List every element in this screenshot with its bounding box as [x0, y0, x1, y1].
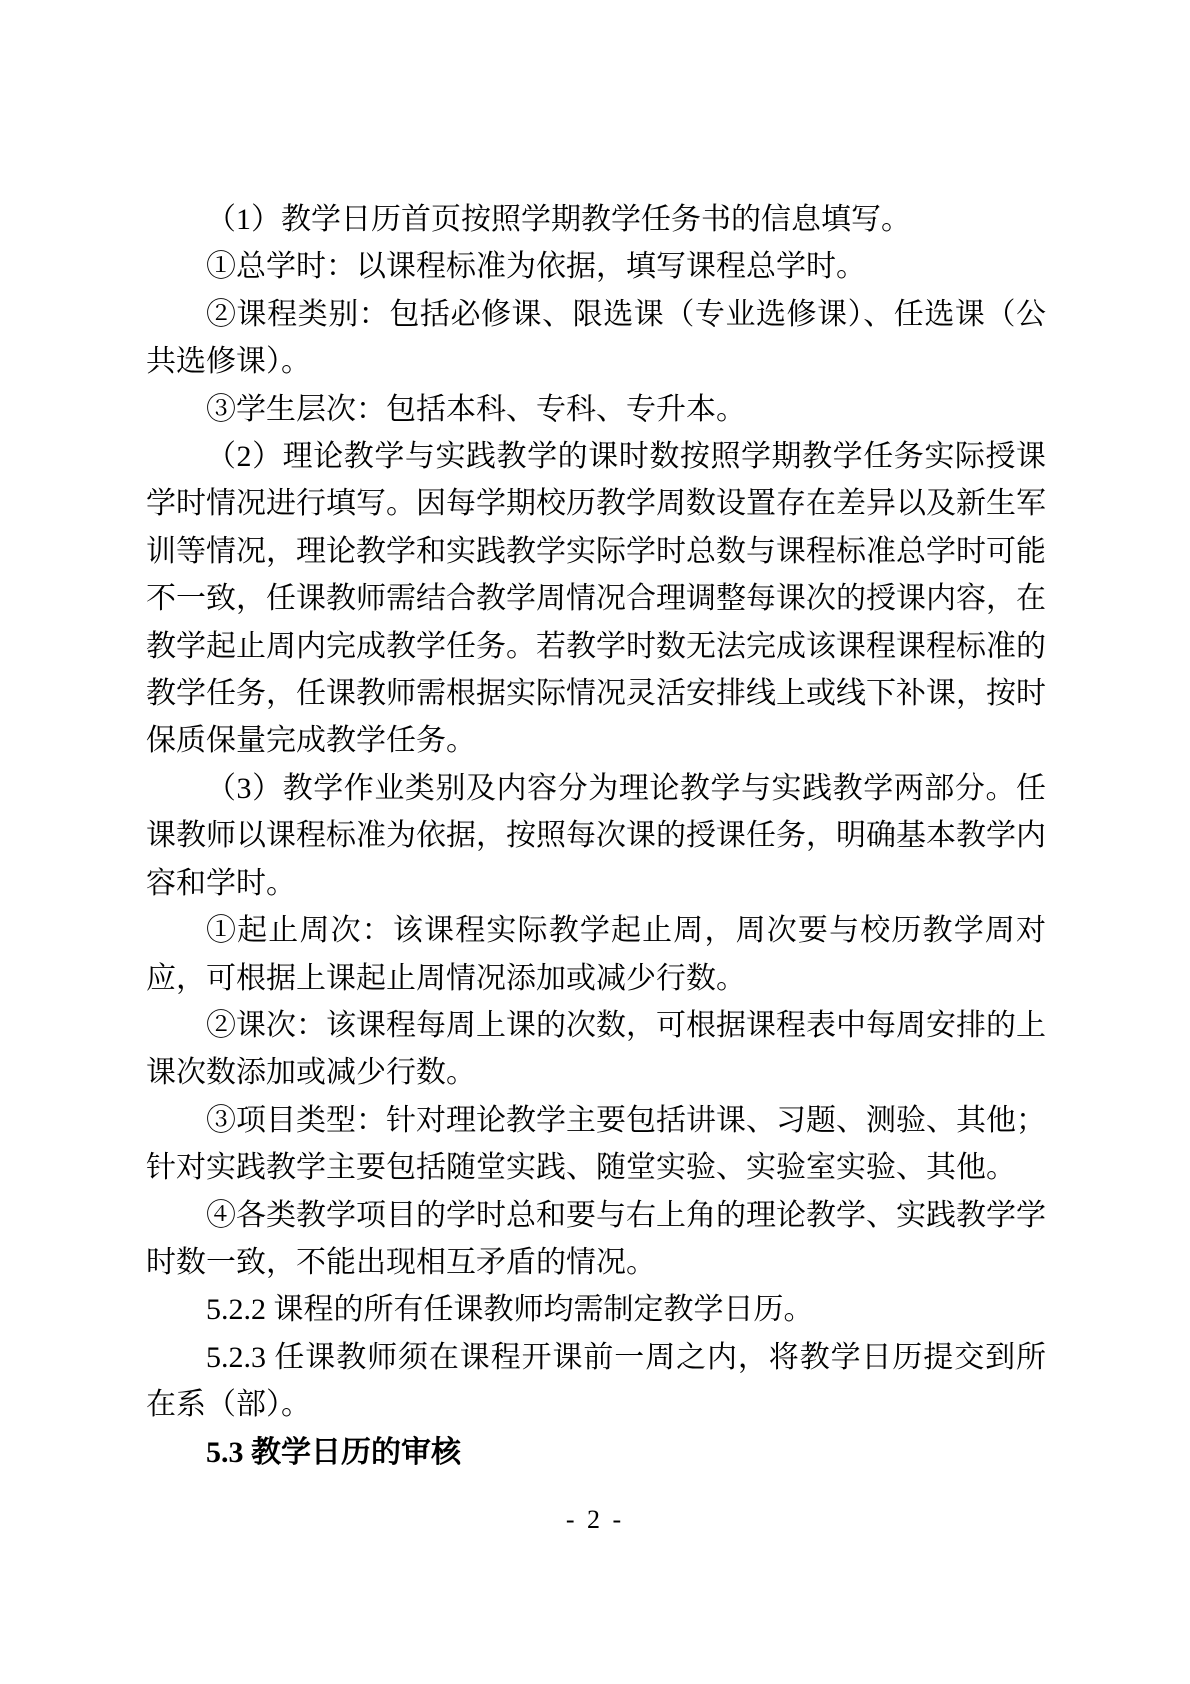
- paragraph: （1）教学日历首页按照学期教学任务书的信息填写。: [146, 196, 1046, 243]
- section-heading: 5.3 教学日历的审核: [146, 1429, 1046, 1476]
- paragraph: 5.2.3 任课教师须在课程开课前一周之内，将教学日历提交到所在系（部）。: [146, 1334, 1046, 1429]
- paragraph: ①起止周次：该课程实际教学起止周，周次要与校历教学周对应，可根据上课起止周情况添…: [146, 907, 1046, 1002]
- paragraph: （3）教学作业类别及内容分为理论教学与实践教学两部分。任课教师以课程标准为依据，…: [146, 765, 1046, 907]
- paragraph: ③学生层次：包括本科、专科、专升本。: [146, 386, 1046, 433]
- document-body: （1）教学日历首页按照学期教学任务书的信息填写。 ①总学时：以课程标准为依据，填…: [146, 196, 1046, 1476]
- paragraph: （2）理论教学与实践教学的课时数按照学期教学任务实际授课学时情况进行填写。因每学…: [146, 433, 1046, 765]
- page-number: - 2 -: [0, 1505, 1190, 1535]
- paragraph: ②课程类别：包括必修课、限选课（专业选修课）、任选课（公共选修课）。: [146, 291, 1046, 386]
- paragraph: ③项目类型：针对理论教学主要包括讲课、习题、测验、其他；针对实践教学主要包括随堂…: [146, 1097, 1046, 1192]
- paragraph: ②课次：该课程每周上课的次数，可根据课程表中每周安排的上课次数添加或减少行数。: [146, 1002, 1046, 1097]
- paragraph: ①总学时：以课程标准为依据，填写课程总学时。: [146, 243, 1046, 290]
- paragraph: ④各类教学项目的学时总和要与右上角的理论教学、实践教学学时数一致，不能出现相互矛…: [146, 1192, 1046, 1287]
- document-page: （1）教学日历首页按照学期教学任务书的信息填写。 ①总学时：以课程标准为依据，填…: [0, 0, 1190, 1684]
- paragraph: 5.2.2 课程的所有任课教师均需制定教学日历。: [146, 1286, 1046, 1333]
